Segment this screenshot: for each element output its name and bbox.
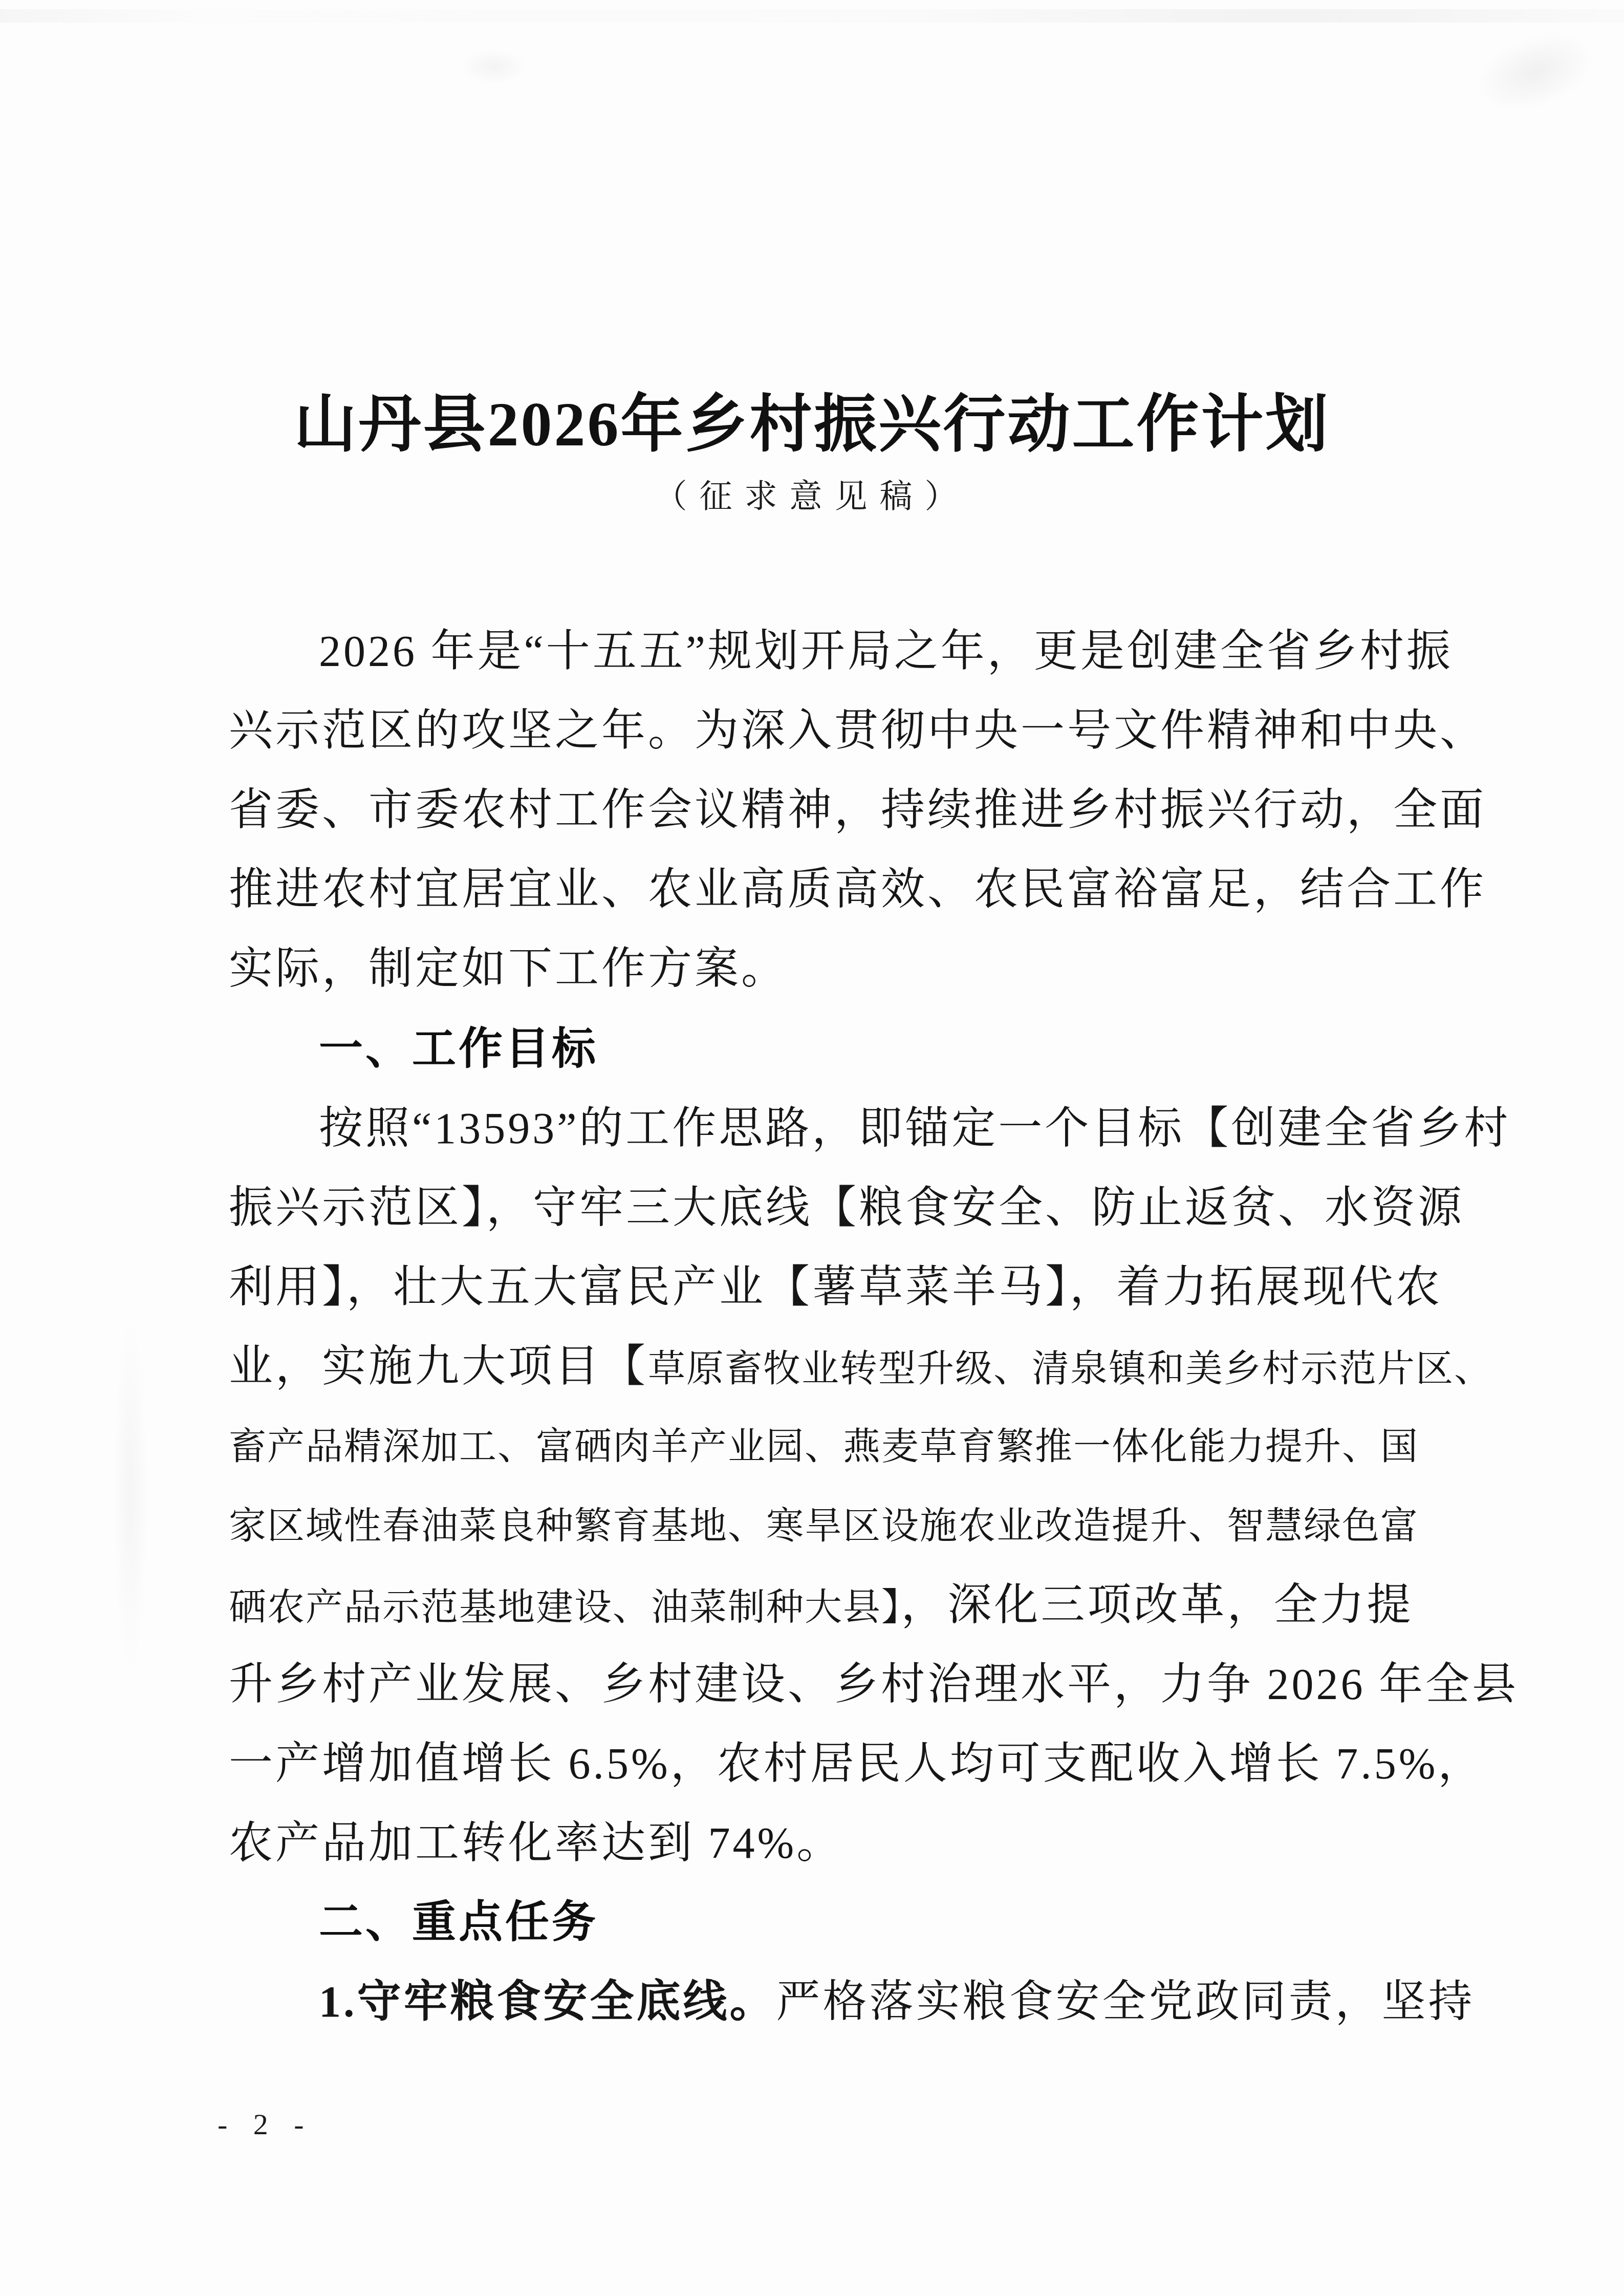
section-2-heading: 二、重点任务 [229,1883,1578,1962]
intro-line-3: 省委、市委农村工作会议精神，持续推进乡村振兴行动，全面 [229,770,1488,850]
section-1-heading: 一、工作目标 [229,1010,1578,1089]
goals-line-1: 按照“13593”的工作思路，即锚定一个目标【创建全省乡村 [229,1089,1578,1168]
goals-line-9: 一产增加值增长 6.5%，农村居民人均可支配收入增长 7.5%， [229,1724,1488,1804]
scan-artifact-top-band [0,9,1624,23]
document-page: 山丹县2026年乡村振兴行动工作计划 （征求意见稿） 2026 年是“十五五”规… [0,0,1624,2296]
intro-line-2: 兴示范区的攻坚之年。为深入贯彻中央一号文件精神和中央、 [229,691,1488,770]
goals-line-8: 升乡村产业发展、乡村建设、乡村治理水平，力争 2026 年全县 [229,1645,1488,1724]
goals-line-3: 利用】，壮大五大富民产业【薯草菜羊马】，着力拓展现代农 [229,1248,1488,1327]
tasks-line-1-tail: 严格落实粮食安全党政同责，坚持 [776,1977,1475,2026]
goals-line-7: 硒农产品示范基地建设、油菜制种大县】，深化三项改革，全力提 [229,1565,1488,1647]
scan-artifact-streak [113,1311,148,1679]
goals-line-10: 农产品加工转化率达到 74%。 [229,1804,1488,1883]
goals-line-6: 家区域性春油菜良种繁育基地、寒旱区设施农业改造提升、智慧绿色富 [229,1486,1488,1565]
goals-line-7-tail: ，深化三项改革，全力提 [901,1580,1414,1629]
scan-artifact-smudge [461,49,527,84]
intro-line-4: 推进农村宜居宜业、农业高质高效、农民富裕富足，结合工作 [229,850,1488,929]
tasks-line-1: 1.守牢粮食安全底线。严格落实粮食安全党政同责，坚持 [229,1962,1578,2042]
goals-line-4-projects: 草原畜牧业转型升级、清泉镇和美乡村示范片区、 [648,1348,1492,1389]
intro-line-5: 实际，制定如下工作方案。 [229,929,1488,1008]
scan-artifact-smudge [1465,17,1605,126]
goals-line-5: 畜产品精深加工、富硒肉羊产业园、燕麦草育繁推一体化能力提升、国 [229,1407,1488,1486]
tasks-line-1-lead: 1.守牢粮食安全底线。 [319,1977,776,2026]
goals-line-4-lead: 业，实施九大项目【 [229,1342,648,1391]
goals-line-7-projects: 硒农产品示范基地建设、油菜制种大县】 [229,1586,901,1628]
page-number: - 2 - [218,2101,313,2148]
document-subtitle: （征求意见稿） [0,468,1624,525]
document-title: 山丹县2026年乡村振兴行动工作计划 [0,384,1624,466]
goals-line-2: 振兴示范区】，守牢三大底线【粮食安全、防止返贫、水资源 [229,1168,1488,1248]
goals-line-4: 业，实施九大项目【草原畜牧业转型升级、清泉镇和美乡村示范片区、 [229,1327,1488,1408]
intro-line-1: 2026 年是“十五五”规划开局之年，更是创建全省乡村振 [229,612,1578,691]
